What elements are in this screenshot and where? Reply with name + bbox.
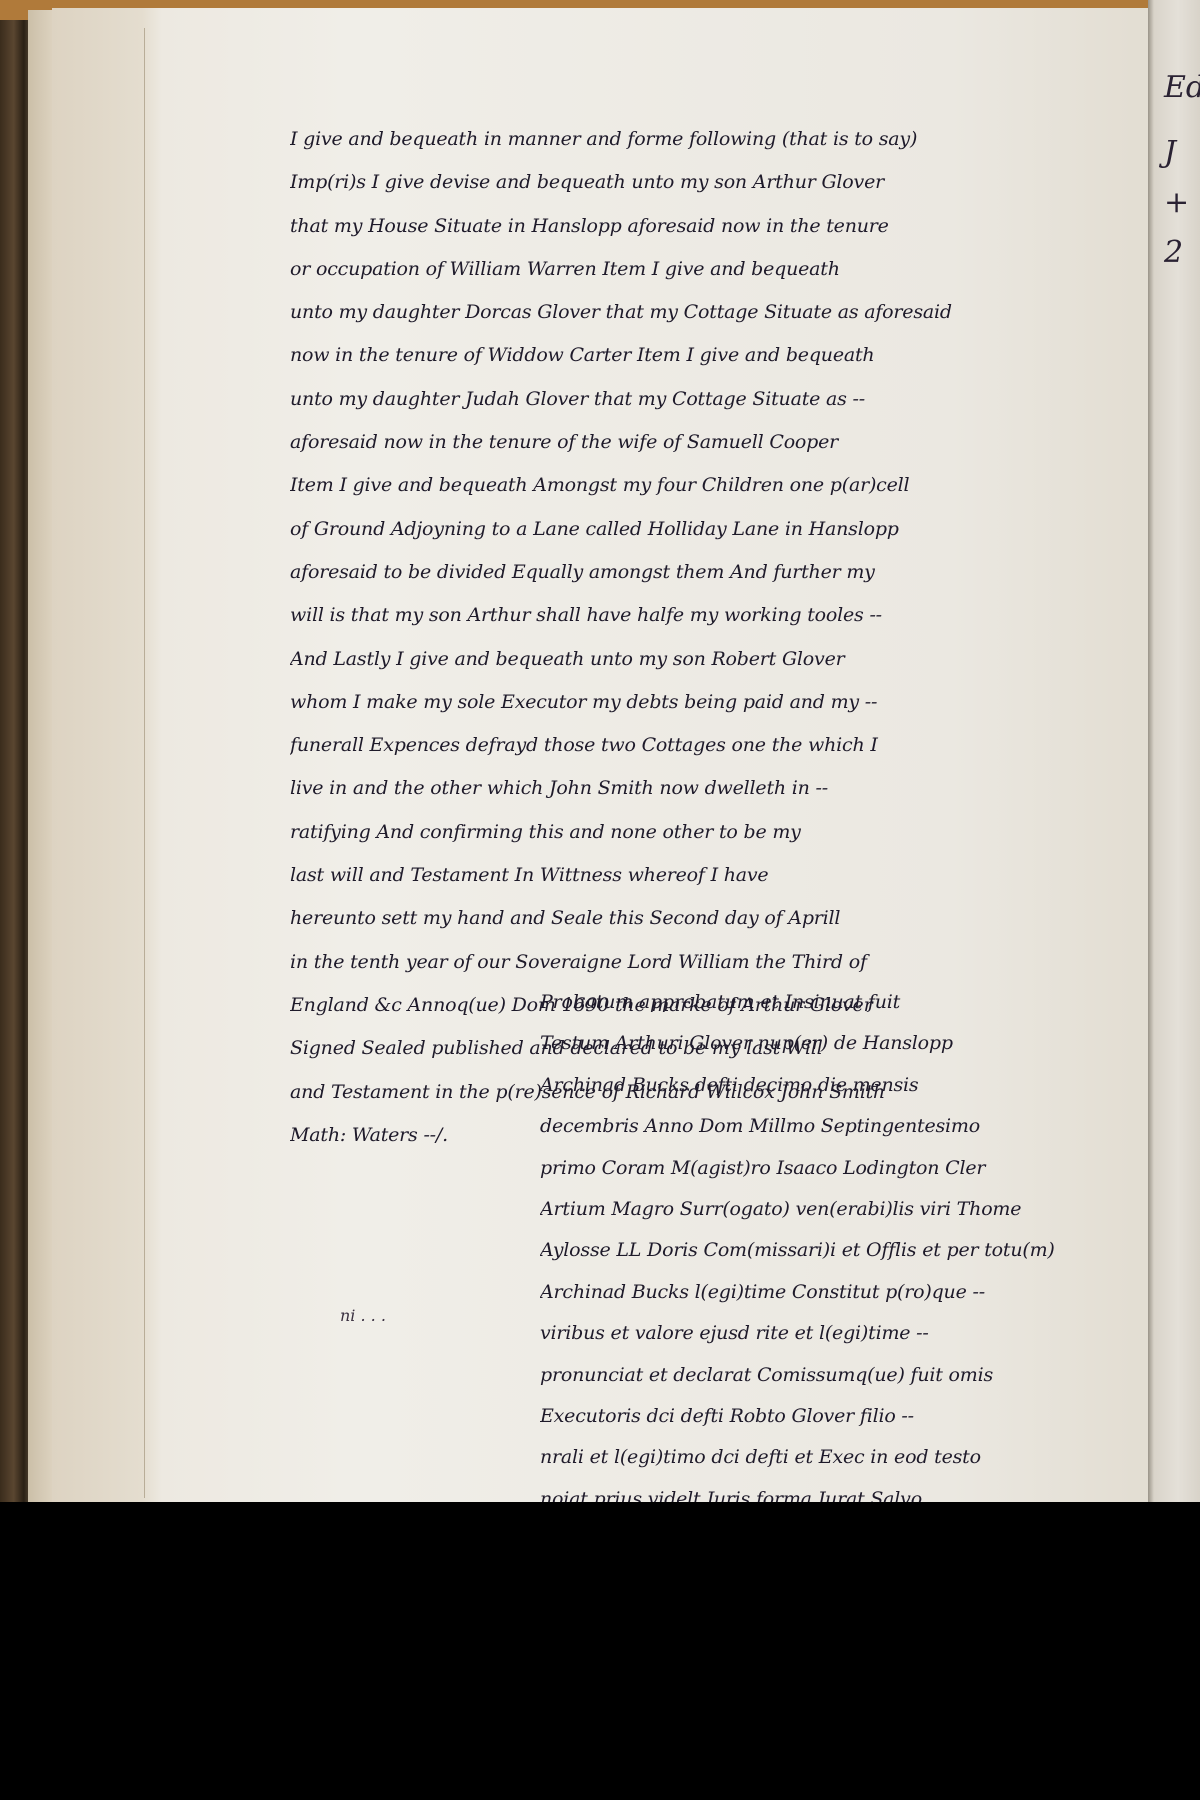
probate-text-block: Probatum approbatum et Insinuat fuit Tes… bbox=[540, 982, 1150, 1502]
probate-line: Testum Arthuri Glover nup(er) de Hanslop… bbox=[540, 1023, 1150, 1064]
adjacent-page-edge: Ed J + 2 bbox=[1148, 0, 1200, 1502]
will-line: unto my daughter Judah Glover that my Co… bbox=[290, 378, 1110, 421]
will-line: Imp(ri)s I give devise and bequeath unto… bbox=[290, 161, 1110, 204]
probate-line: nrali et l(egi)timo dci defti et Exec in… bbox=[540, 1437, 1150, 1478]
will-line: last will and Testament In Wittness wher… bbox=[290, 854, 1110, 897]
will-line: of Ground Adjoyning to a Lane called Hol… bbox=[290, 508, 1110, 551]
will-line: or occupation of William Warren Item I g… bbox=[290, 248, 1110, 291]
probate-line: Archinad Bucks l(egi)time Constitut p(ro… bbox=[540, 1272, 1150, 1313]
stray-ink-marks: ni . . . bbox=[340, 1306, 386, 1325]
probate-line: pronunciat et declarat Comissumq(ue) fui… bbox=[540, 1355, 1150, 1396]
probate-line: Aylosse LL Doris Com(missari)i et Offlis… bbox=[540, 1230, 1150, 1271]
probate-line: Artium Magro Surr(ogato) ven(erabi)lis v… bbox=[540, 1189, 1150, 1230]
gutter-fold-line bbox=[144, 28, 145, 1498]
will-line: Item I give and bequeath Amongst my four… bbox=[290, 464, 1110, 507]
probate-line: Probatum approbatum et Insinuat fuit bbox=[540, 982, 1150, 1023]
will-line: will is that my son Arthur shall have ha… bbox=[290, 594, 1110, 637]
margin-note: J bbox=[1164, 135, 1176, 170]
will-line: in the tenth year of our Soveraigne Lord… bbox=[290, 941, 1110, 984]
will-line: I give and bequeath in manner and forme … bbox=[290, 118, 1110, 161]
letterbox-band bbox=[0, 1502, 1200, 1800]
margin-note: + bbox=[1164, 185, 1189, 220]
margin-note: 2 bbox=[1164, 235, 1183, 270]
will-line: aforesaid now in the tenure of the wife … bbox=[290, 421, 1110, 464]
will-line: that my House Situate in Hanslopp afores… bbox=[290, 205, 1110, 248]
will-line: funerall Expences defrayd those two Cott… bbox=[290, 724, 1110, 767]
will-line: aforesaid to be divided Equally amongst … bbox=[290, 551, 1110, 594]
will-line: whom I make my sole Executor my debts be… bbox=[290, 681, 1110, 724]
probate-line: viribus et valore ejusd rite et l(egi)ti… bbox=[540, 1313, 1150, 1354]
probate-line: decembris Anno Dom Millmo Septingentesim… bbox=[540, 1106, 1150, 1147]
probate-line: Executoris dci defti Robto Glover filio … bbox=[540, 1396, 1150, 1437]
margin-note: Ed bbox=[1164, 70, 1200, 105]
will-line: live in and the other which John Smith n… bbox=[290, 767, 1110, 810]
will-line: And Lastly I give and bequeath unto my s… bbox=[290, 638, 1110, 681]
will-line: now in the tenure of Widdow Carter Item … bbox=[290, 334, 1110, 377]
will-line: hereunto sett my hand and Seale this Sec… bbox=[290, 897, 1110, 940]
will-line: unto my daughter Dorcas Glover that my C… bbox=[290, 291, 1110, 334]
manuscript-photograph: I give and bequeath in manner and forme … bbox=[0, 0, 1200, 1502]
probate-line: primo Coram M(agist)ro Isaaco Lodington … bbox=[540, 1148, 1150, 1189]
probate-line: noiat prius videlt Juris forma Jurat Sal… bbox=[540, 1479, 1150, 1502]
will-line: ratifying And confirming this and none o… bbox=[290, 811, 1110, 854]
probate-line: Archinad Bucks defti decimo die mensis bbox=[540, 1065, 1150, 1106]
